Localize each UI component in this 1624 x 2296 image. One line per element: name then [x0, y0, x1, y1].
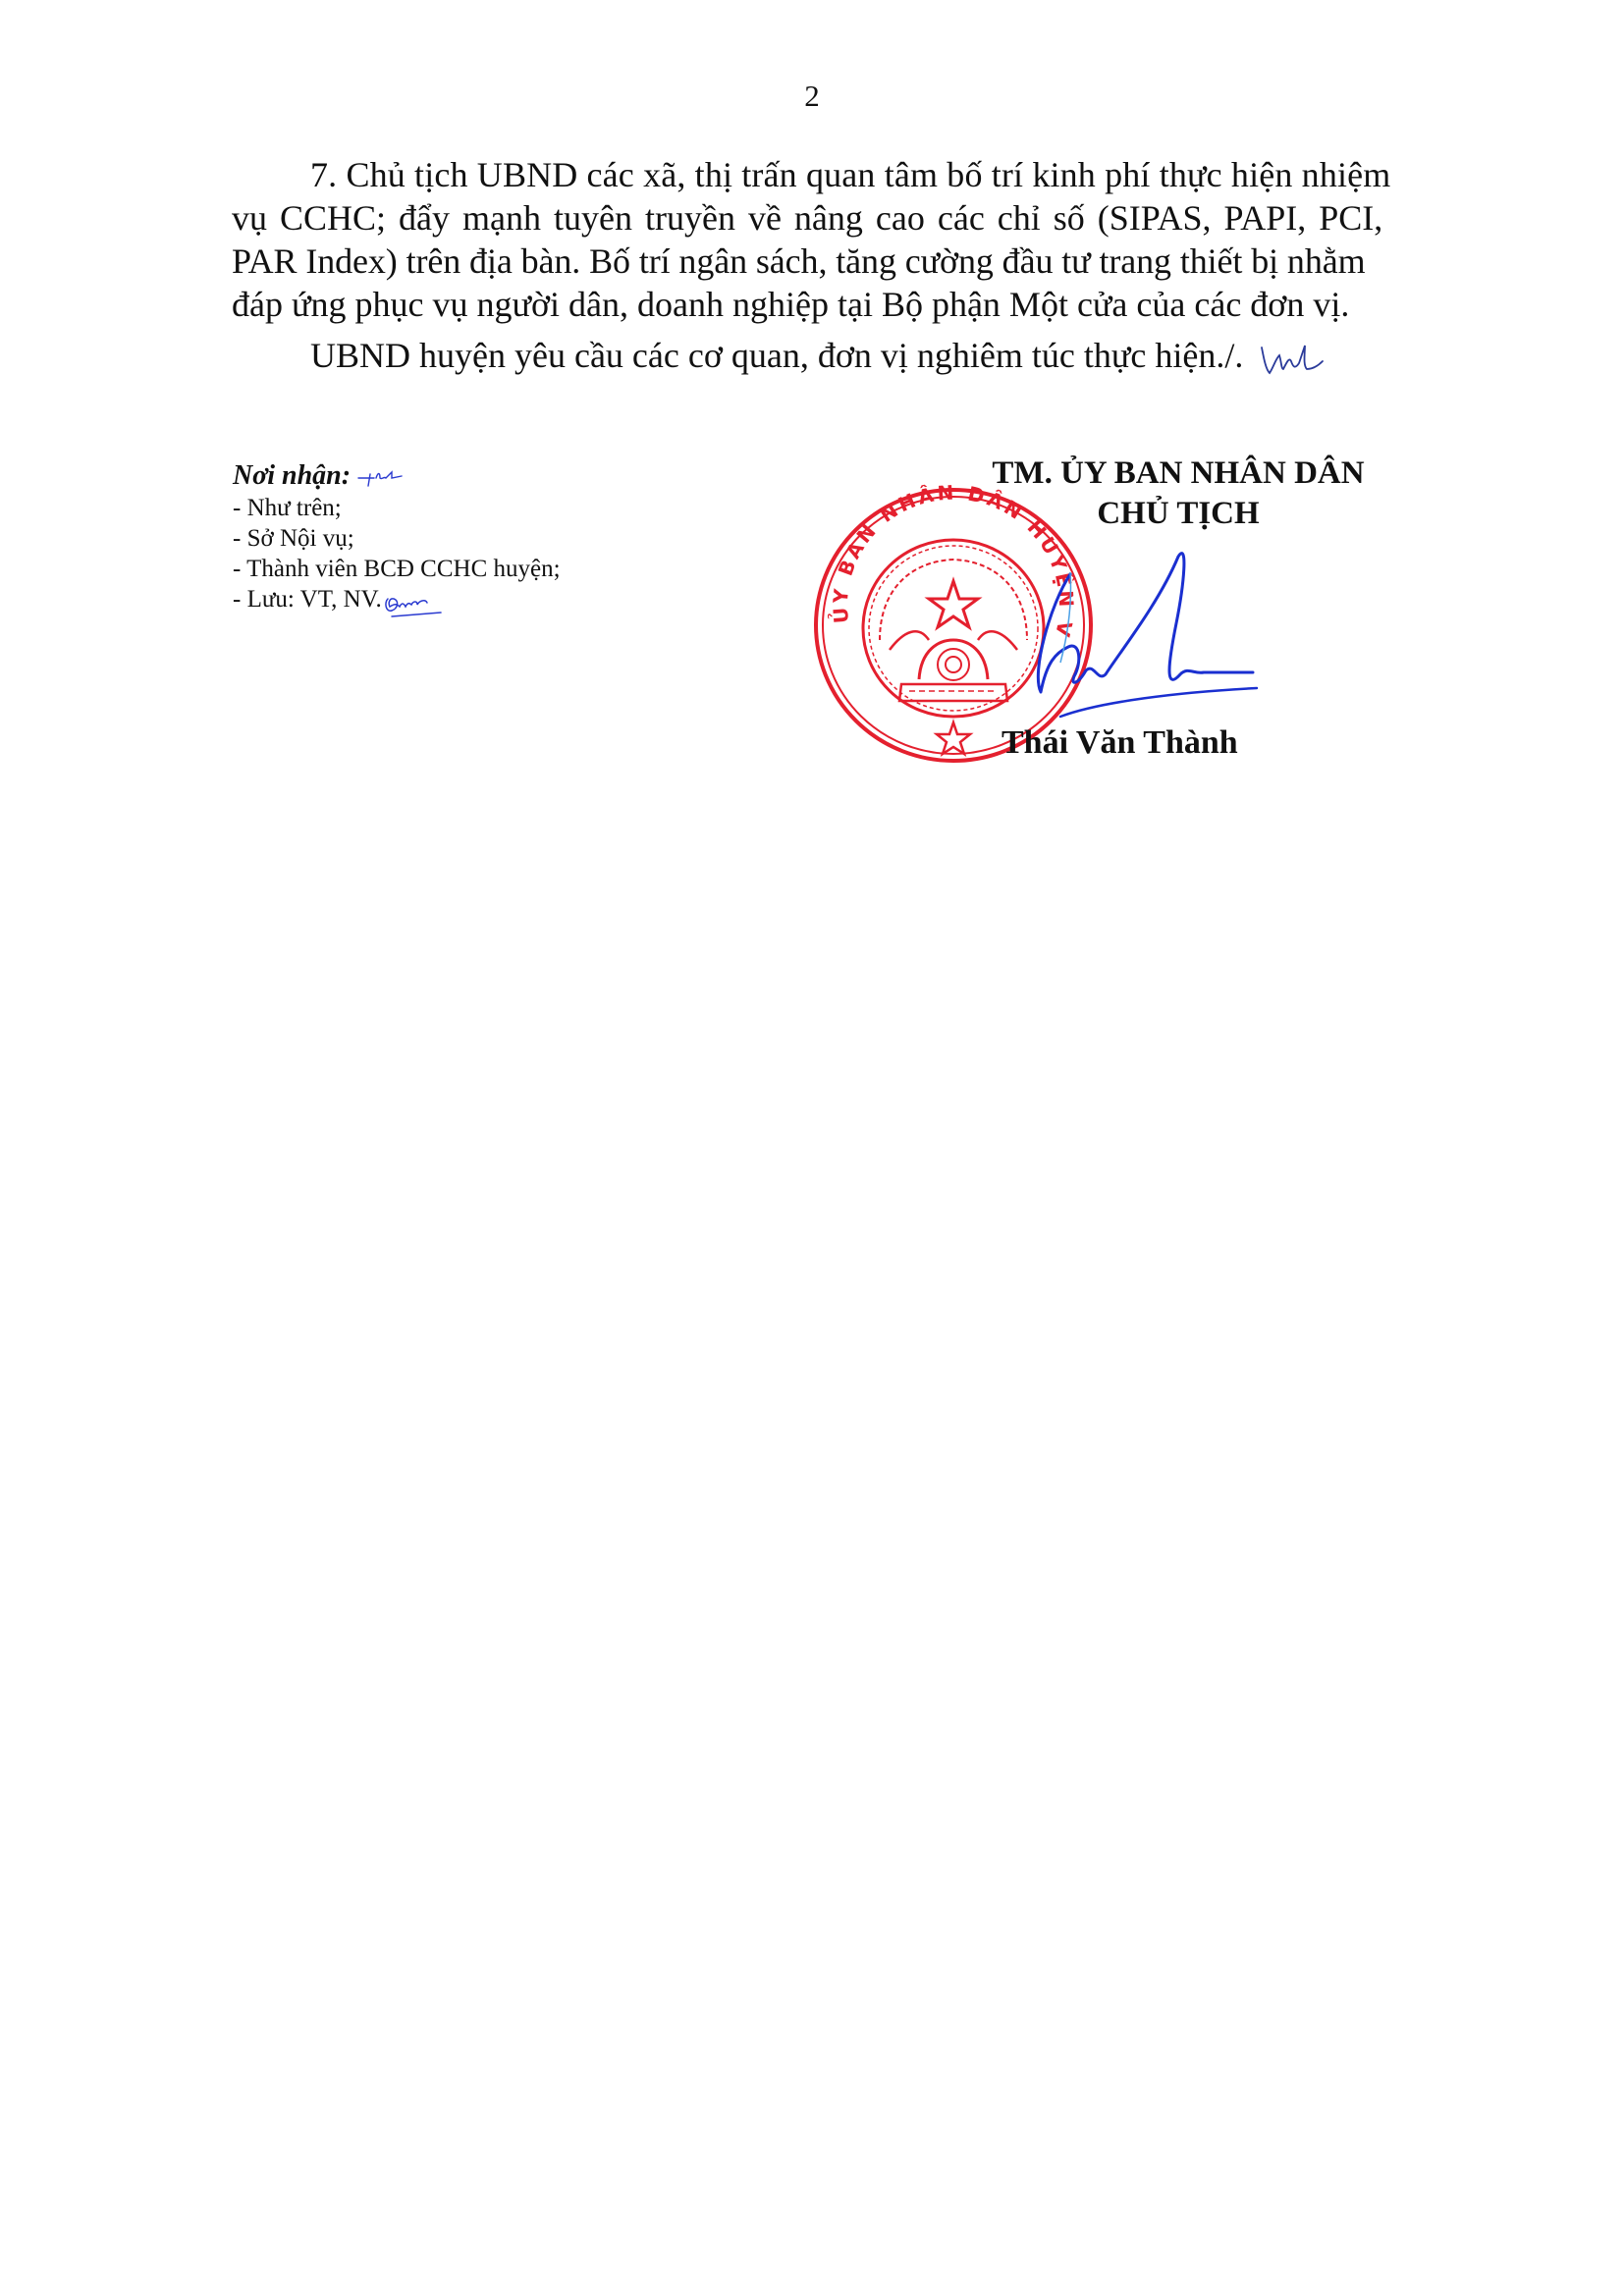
recipient-item: - Như trên; — [233, 493, 561, 523]
recipient-item: - Sở Nội vụ; — [233, 523, 561, 554]
paragraph-line: vụ CCHC; đẩy mạnh tuyên truyền về nâng c… — [232, 196, 1382, 240]
closing-statement: UBND huyện yêu cầu các cơ quan, đơn vị n… — [310, 334, 1326, 379]
recipient-item: - Thành viên BCĐ CCHC huyện; — [233, 554, 561, 584]
initial-signature-icon — [1258, 340, 1326, 379]
signature-block: TM. ỦY BAN NHÂN DÂN CHỦ TỊCH — [864, 454, 1492, 534]
recipient-item: - Lưu: VT, NV. — [233, 584, 561, 618]
paragraph-line: 7. Chủ tịch UBND các xã, thị trấn quan t… — [310, 153, 1390, 196]
signature-position: CHỦ TỊCH — [864, 494, 1492, 534]
signer-name: Thái Văn Thành — [1001, 724, 1238, 762]
initial-signature-icon — [382, 589, 451, 618]
initial-signature-icon — [356, 466, 406, 488]
handwritten-signature-icon — [1011, 545, 1276, 721]
recipients-title: Nơi nhận: — [233, 459, 351, 493]
closing-text: UBND huyện yêu cầu các cơ quan, đơn vị n… — [310, 336, 1243, 375]
page-number: 2 — [0, 79, 1624, 114]
signature-title: TM. ỦY BAN NHÂN DÂN — [864, 454, 1492, 494]
paragraph-line: đáp ứng phục vụ người dân, doanh nghiệp … — [232, 283, 1349, 326]
paragraph-line: PAR Index) trên địa bàn. Bố trí ngân sác… — [232, 240, 1366, 283]
recipients-block: Nơi nhận: - Như trên; - Sở Nội vụ; - Thà… — [233, 459, 561, 618]
